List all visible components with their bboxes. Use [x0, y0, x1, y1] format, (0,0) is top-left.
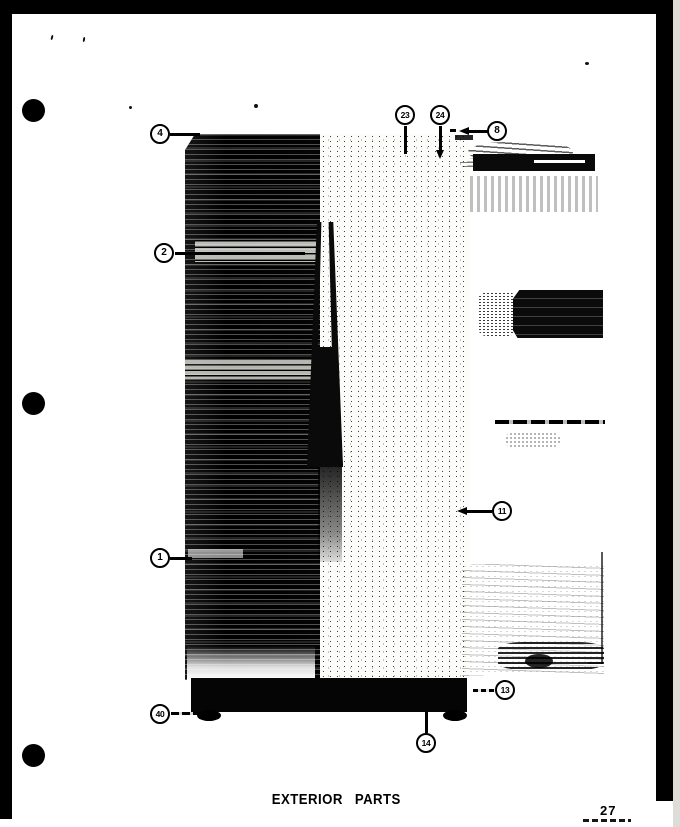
- door-right-edge-line: [601, 552, 603, 664]
- dust-speck: [129, 106, 132, 109]
- page-border-right: [656, 8, 673, 801]
- cabinet-top-edge: [455, 135, 473, 140]
- page-border-left: [0, 0, 12, 819]
- dust-speck: [585, 62, 589, 65]
- callout-11-leader: [466, 510, 492, 513]
- callout-24: 24: [430, 105, 450, 125]
- callout-1: 1: [150, 548, 170, 568]
- callout-11: 11: [492, 501, 512, 521]
- callout-23: 23: [395, 105, 415, 125]
- kickplate-grille: [191, 678, 467, 712]
- dust-speck: [254, 104, 258, 108]
- callout-14-leader: [425, 712, 428, 733]
- callout-4: 4: [150, 124, 170, 144]
- center-gap-shadow: [318, 467, 342, 562]
- callout-23-leader: [404, 126, 407, 154]
- freezer-door-highlight: [188, 549, 243, 558]
- callout-24-leader: [439, 126, 442, 152]
- door-dark-panel: [513, 290, 603, 338]
- callout-1-leader: [170, 557, 192, 560]
- door-upper-shading: [470, 176, 598, 212]
- door-lower-dark-streak: [498, 642, 604, 670]
- callout-2-leader: [175, 252, 305, 255]
- freezer-door-light-band: [185, 360, 320, 379]
- top-hinge-bar: [473, 154, 595, 171]
- door-trim-line: [495, 420, 605, 424]
- callout-8-dash: [450, 129, 456, 132]
- callout-14: 14: [416, 733, 436, 753]
- scan-edge-strip: [673, 0, 680, 827]
- dust-speck: [83, 37, 86, 42]
- callout-24-arrow: [436, 150, 444, 159]
- page-number: 27: [600, 803, 616, 818]
- refrigerator-photo: [185, 132, 470, 724]
- refrigerator-door: [320, 134, 470, 680]
- callout-8-arrow: [459, 127, 469, 135]
- page-number-underline: [583, 819, 631, 822]
- callout-13-leader: [473, 689, 495, 692]
- callout-13: 13: [495, 680, 515, 700]
- punch-hole: [22, 392, 45, 415]
- callout-40-leader: [171, 712, 205, 715]
- punch-hole: [22, 744, 45, 767]
- callout-8-leader: [468, 130, 488, 133]
- callout-11-arrow: [457, 507, 467, 515]
- dust-speck: [50, 35, 53, 40]
- figure-caption: EXTERIOR PARTS: [0, 791, 673, 809]
- punch-hole: [22, 99, 45, 122]
- callout-40: 40: [150, 704, 170, 724]
- door-shading-patch: [478, 292, 516, 336]
- freezer-door-bottom-highlight: [187, 646, 315, 680]
- page-border-top: [0, 0, 673, 14]
- door-smudge: [505, 432, 560, 448]
- freezer-door-trim-band: [195, 240, 318, 262]
- door-corner-tick: [588, 662, 603, 664]
- freezer-door: [185, 134, 320, 680]
- callout-4-leader: [170, 133, 200, 136]
- right-roller-foot: [443, 710, 467, 721]
- door-lower-blob: [525, 654, 553, 668]
- callout-2: 2: [154, 243, 174, 263]
- callout-8: 8: [487, 121, 507, 141]
- figure-caption-text: EXTERIOR PARTS: [272, 791, 401, 808]
